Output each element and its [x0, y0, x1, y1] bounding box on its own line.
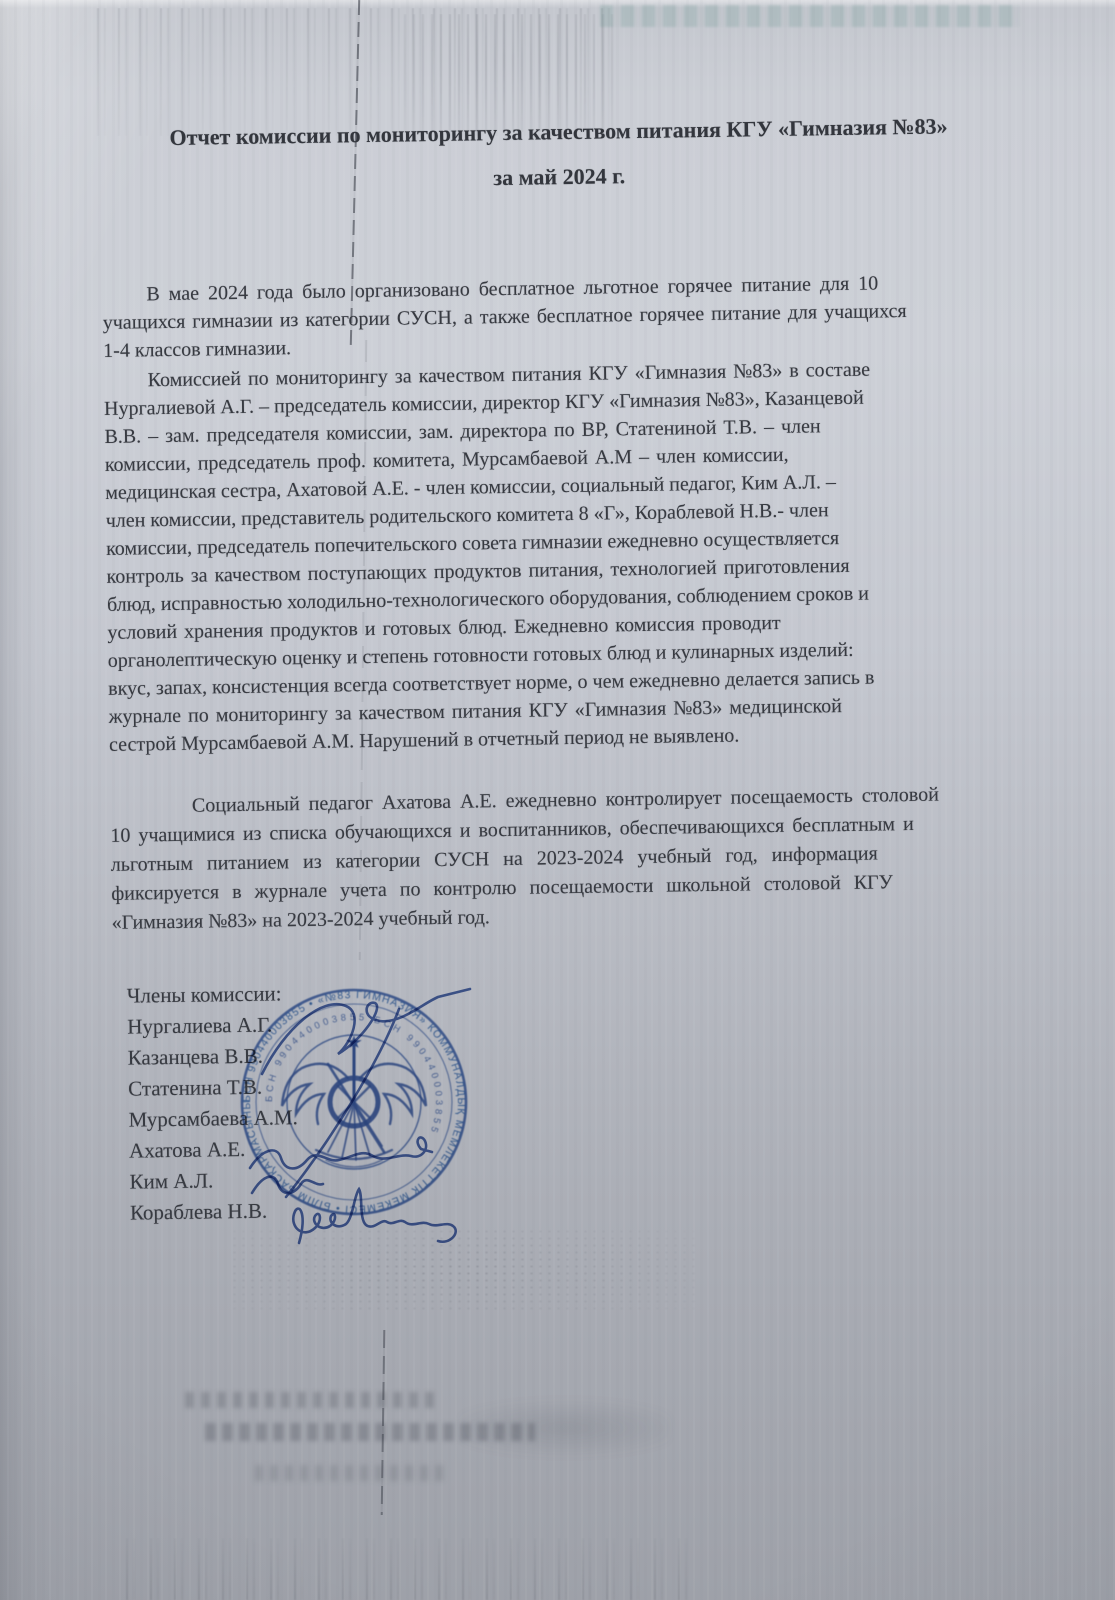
- scanned-document-photo: Отчет комиссии по мониторингу за качеств…: [0, 0, 1115, 1600]
- document-subtitle: за май 2024 г.: [101, 157, 1018, 197]
- document-body: Отчет комиссии по мониторингу за качеств…: [98, 0, 1039, 1600]
- paragraph-2: Комиссией по мониторингу за качеством пи…: [103, 353, 1026, 759]
- document-title: Отчет комиссии по мониторингу за качеств…: [100, 112, 1017, 152]
- official-round-stamp-icon: БСН 990440003855 • «№83 ГИМНАЗИЯ» КОММУН…: [232, 980, 476, 1224]
- paragraph-1: В мае 2024 года было организовано беспла…: [102, 267, 1020, 365]
- paragraph-3: Социальный педагог Ахатова А.Е. ежедневн…: [110, 779, 1029, 938]
